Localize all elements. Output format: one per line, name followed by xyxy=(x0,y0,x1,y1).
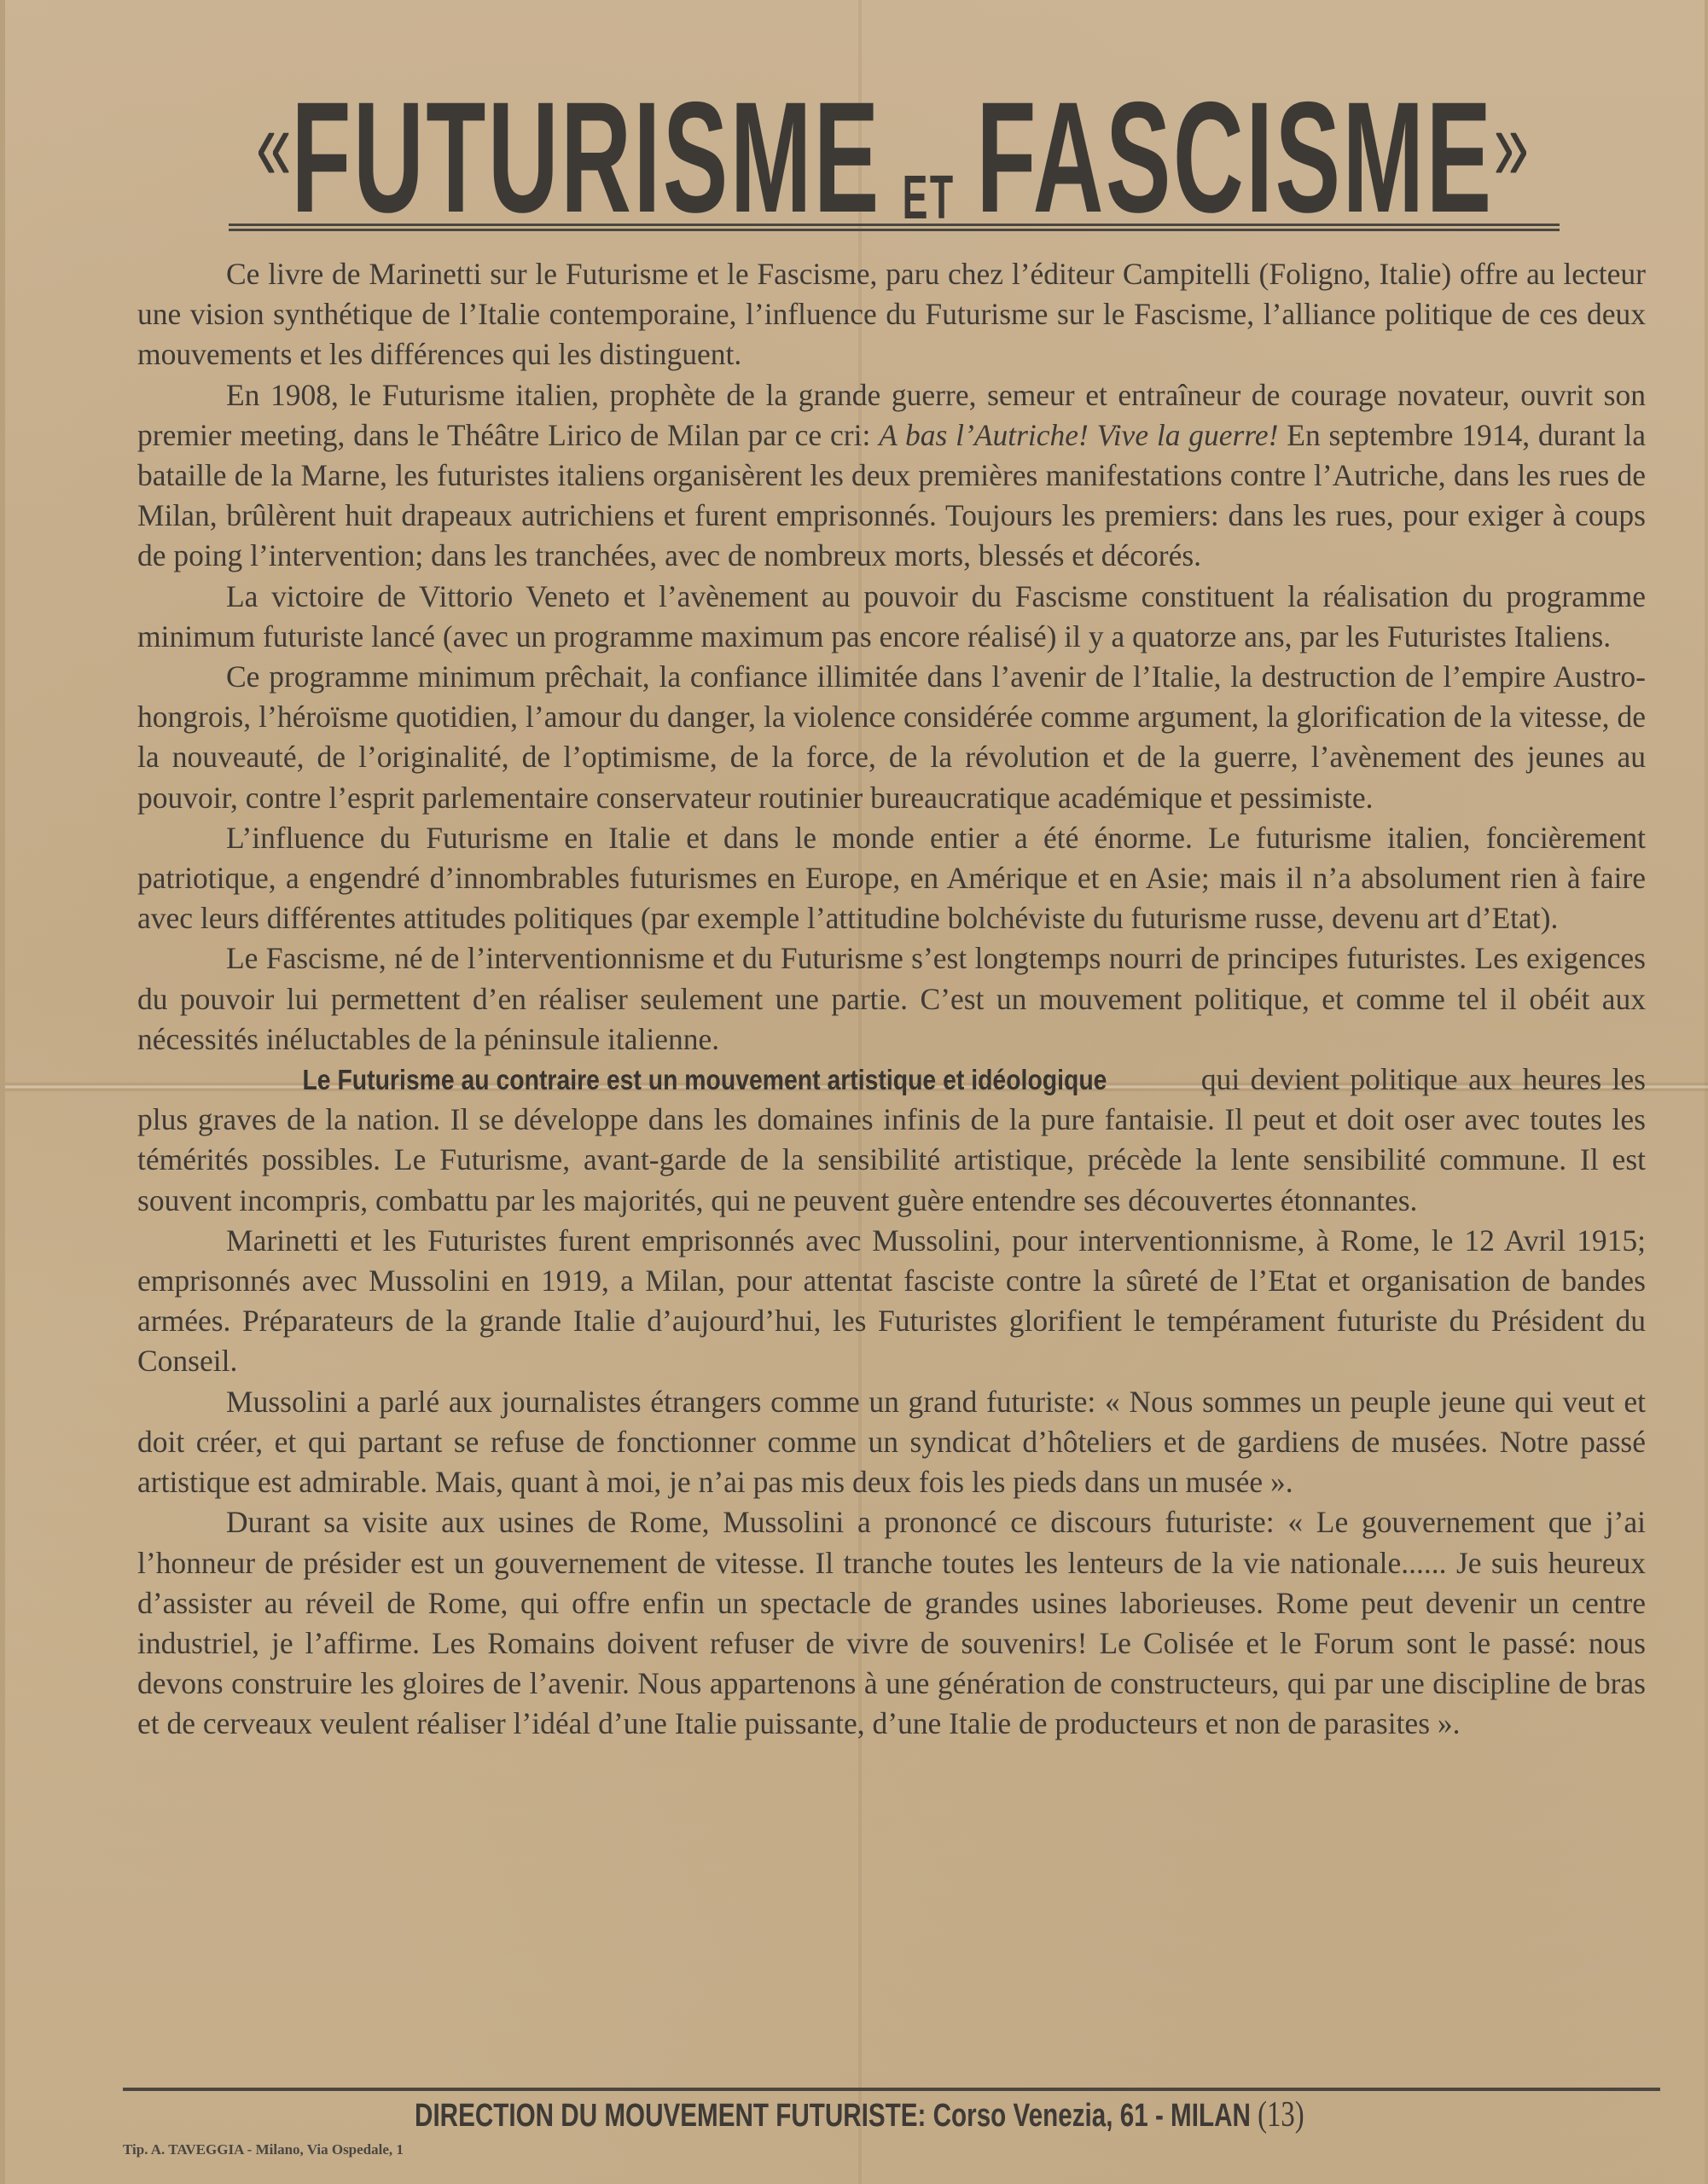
footer-direction-inner: DIRECTION DU MOUVEMENT FUTURISTE: Corso … xyxy=(415,2094,1304,2135)
footer-direction: DIRECTION DU MOUVEMENT FUTURISTE: Corso … xyxy=(5,2094,1708,2135)
footer-direction-text: DIRECTION DU MOUVEMENT FUTURISTE: Corso … xyxy=(415,2098,1251,2134)
poster-sheet: « FUTURISME ET FASCISME » Ce livre de Ma… xyxy=(0,0,1708,2184)
title-word-fascisme: FASCISME xyxy=(976,79,1493,237)
paragraph-4: Ce programme minimum prêchait, la confia… xyxy=(137,657,1646,818)
title-double-rule xyxy=(229,224,1560,231)
title-conjunction: ET xyxy=(903,167,956,229)
title-word-futurisme: FUTURISME xyxy=(291,79,880,237)
title-close-quote: » xyxy=(1494,94,1529,196)
paragraph-3: La victoire de Vittorio Veneto et l’avèn… xyxy=(137,577,1646,657)
paragraph-1: Ce livre de Marinetti sur le Futurisme e… xyxy=(137,254,1646,375)
paragraph-5: L’influence du Futurisme en Italie et da… xyxy=(137,818,1646,939)
printer-imprint: Tip. A. TAVEGGIA - Milano, Via Ospedale,… xyxy=(123,2141,404,2158)
paragraph-6: Le Fascisme, né de l’interventionnisme e… xyxy=(137,938,1646,1060)
paragraph-9: Mussolini a parlé aux journalistes étran… xyxy=(137,1382,1646,1503)
paragraph-7: Le Futurisme au contraire est un mouveme… xyxy=(137,1060,1646,1221)
paragraph-7-bold-lead: Le Futurisme au contraire est un mouveme… xyxy=(226,1060,1107,1100)
paragraph-8: Marinetti et les Futuristes furent empri… xyxy=(137,1221,1646,1382)
paragraph-2-italic-cry: A bas l’Autriche! Vive la guerre! xyxy=(879,418,1278,452)
paragraph-10: Durant sa visite aux usines de Rome, Mus… xyxy=(137,1502,1646,1744)
poster-title: « FUTURISME ET FASCISME » xyxy=(416,75,1368,237)
footer-rule xyxy=(123,2088,1660,2091)
footer-number: (13) xyxy=(1258,2095,1304,2135)
poster-body: Ce livre de Marinetti sur le Futurisme e… xyxy=(137,254,1646,1745)
paragraph-2: En 1908, le Futurisme italien, prophète … xyxy=(137,375,1646,577)
title-open-quote: « xyxy=(256,94,291,196)
